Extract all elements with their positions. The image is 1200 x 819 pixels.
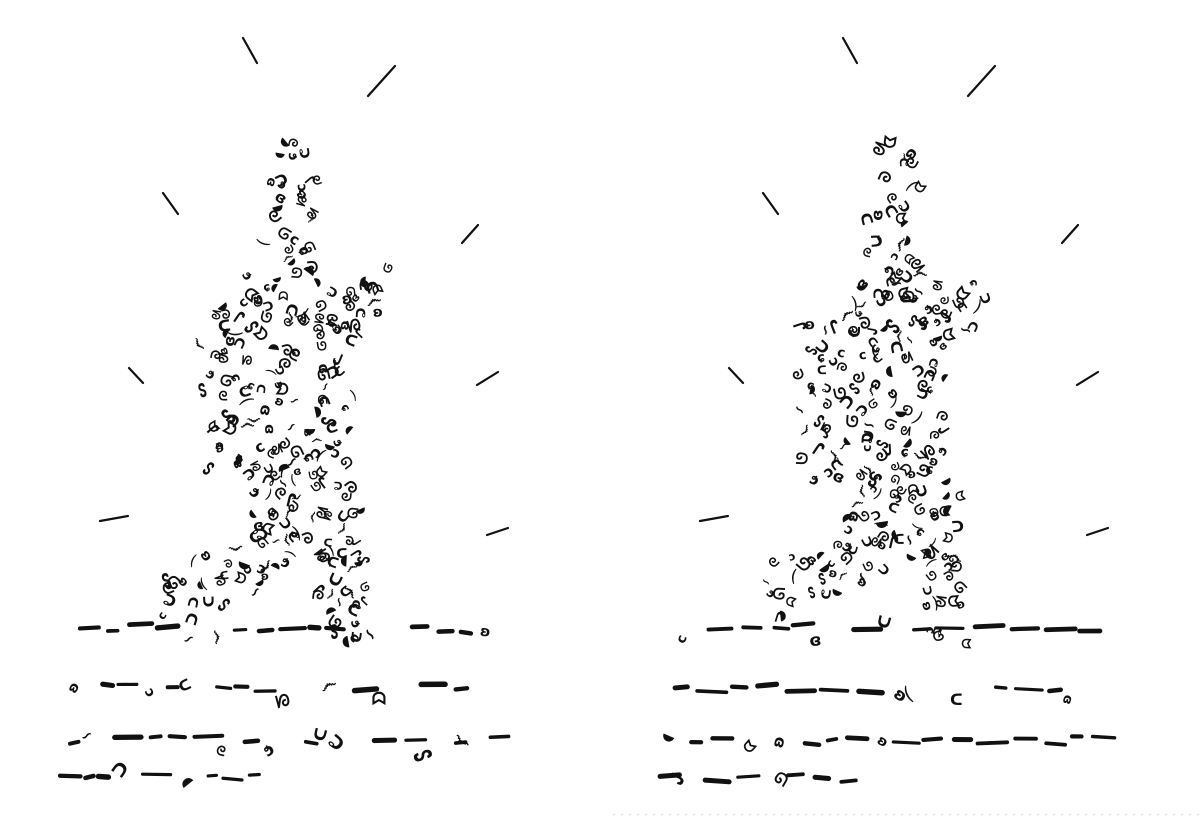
svg-text:ɕ: ɕ [238,269,256,283]
svg-text:ᑐ: ᑐ [950,689,963,708]
svg-text:ɕ: ɕ [301,244,309,259]
svg-text:ᘎ: ᘎ [793,451,811,465]
svg-text:ʚ: ʚ [768,735,789,750]
svg-text:◖: ◖ [657,731,677,745]
svg-text:ɕ: ɕ [202,366,218,383]
svg-text:ɕ: ɕ [338,401,354,413]
svg-text:ᘎ: ᘎ [845,413,859,432]
svg-text:◖: ◖ [892,410,909,418]
svg-text:∽: ∽ [287,392,302,409]
svg-text:◗: ◗ [884,363,895,381]
svg-text:ᘏ: ᘏ [259,307,275,326]
svg-text:◗: ◗ [311,274,323,289]
svg-text:ᑐ: ᑐ [951,517,965,536]
svg-text:ᕦ: ᕦ [298,146,315,159]
svg-text:ᗢ: ᗢ [278,288,289,303]
svg-text:ᘐ: ᘐ [835,361,852,373]
svg-text:෴: ෴ [209,629,229,646]
svg-text:∽: ∽ [179,629,197,649]
svg-text:ᘐ: ᘐ [337,492,353,502]
svg-text:ᘓ: ᘓ [766,555,783,572]
artwork-canvas: ∽෴ᑐ∽ʚʚɔᑕᘛ෴ᗢ∽ᘐɕᑕᕦᔕ෴ᑐ◖ ◖ᘐ◖ɕᕦᑕᓚʚɕɔᘓɞᘛɞ◖෴ᘓᘎᘛ… [0,0,1200,819]
left-stairs: ∽෴ᑐ∽ʚʚɔᑕᘛ෴ᗢ∽ᘐɕᑕᕦᔕ෴ᑐ◖ [60,623,509,790]
svg-text:ᘓ: ᘓ [790,366,809,382]
svg-text:ᘓ: ᘓ [874,168,896,185]
svg-text:ᗢ: ᗢ [959,638,973,649]
svg-text:ᑕ: ᑕ [817,363,827,377]
svg-text:ᔕ: ᔕ [356,551,371,566]
svg-text:ᘐ: ᘐ [861,244,873,260]
svg-text:ᗢ: ᗢ [372,688,386,708]
svg-text:ᘎ: ᘎ [290,266,307,279]
svg-text:ᔕ: ᔕ [410,744,435,769]
svg-text:ʚ: ʚ [64,680,83,697]
right-panel: ɔʚᑕʚ⌒ᑐɞ◖ᗢʚʚᓚᘏ ᗢɞᘛᕦ෴ᘓᘓᗢᘐ⌒ᑕᗢᕦᑐɞ◖∽ᑕ◖ᘐ෴ᗢɕɔᘛᕦ… [657,38,1114,794]
svg-text:◖: ◖ [342,421,356,436]
svg-text:ᘓ: ᘓ [820,395,834,412]
svg-text:ᔕ: ᔕ [192,381,211,400]
svg-text:ɞ: ɞ [804,317,815,334]
svg-text:ʚ: ʚ [479,623,492,640]
svg-text:ᘐ: ᘐ [286,137,301,149]
svg-text:ᘐ: ᘐ [937,296,951,306]
svg-text:⌒: ⌒ [901,677,929,704]
svg-text:ʚ: ʚ [874,732,891,751]
svg-text:ᑐ: ᑐ [108,758,134,782]
svg-text:ɔ: ɔ [155,610,171,624]
svg-text:ᔕ: ᔕ [803,585,819,601]
svg-text:◖: ◖ [252,578,267,590]
svg-text:ʚ: ʚ [213,440,227,456]
svg-text:෴: ෴ [187,334,209,355]
bottom-dotted-border [610,813,1200,816]
svg-text:෴: ෴ [239,414,255,432]
svg-text:∽: ∽ [281,417,300,435]
svg-text:ᘛ: ᘛ [900,424,912,439]
svg-text:ᑕ: ᑕ [176,676,194,697]
svg-text:ᕦ: ᕦ [333,479,342,492]
svg-text:ᑐ: ᑐ [254,383,269,394]
svg-text:ᓚ: ᓚ [879,443,896,457]
svg-text:∽: ∽ [790,400,809,420]
svg-text:ɞ: ɞ [868,209,887,221]
svg-text:෴: ෴ [448,729,473,755]
svg-text:ᕦ: ᕦ [845,544,861,556]
svg-text:ᑕ: ᑕ [893,532,904,548]
svg-text:ᘎ: ᘎ [381,260,395,276]
svg-text:ᕦ: ᕦ [820,380,834,396]
svg-text:ʚ: ʚ [808,632,823,653]
left-panel: ∽෴ᑐ∽ʚʚɔᑕᘛ෴ᗢ∽ᘐɕᑕᕦᔕ෴ᑐ◖ ◖ᘐ◖ɕᕦᑕᓚʚɕɔᘓɞᘛɞ◖෴ᘓᘎᘛ… [60,38,509,790]
svg-text:ᑕ: ᑕ [310,726,332,743]
svg-text:◖: ◖ [178,772,198,791]
svg-text:෴: ෴ [315,671,339,696]
svg-text:ɕ: ɕ [967,279,981,287]
svg-text:ʚ: ʚ [954,596,967,612]
svg-text:ɕ: ɕ [806,471,822,491]
svg-text:∽: ∽ [817,323,834,336]
svg-text:ᘐ: ᘐ [276,357,294,369]
svg-text:ᘛ: ᘛ [242,352,253,367]
svg-text:ɔ: ɔ [141,685,159,700]
svg-text:ᘓ: ᘓ [218,389,227,404]
svg-text:ɔ: ɔ [858,348,868,364]
svg-text:∽: ∽ [957,320,974,340]
svg-text:ɔ: ɔ [674,633,691,646]
svg-text:ᑕ: ᑕ [202,595,218,607]
svg-text:⌒: ⌒ [255,226,276,249]
left-figure: ◖ᘐ◖ɕᕦᑕᓚʚɕɔᘓɞᘛɞ◖෴ᘓᘎᘛ⌒ɔᘎᘐɕɕ෴◖◖ᘐɕ◗ᘎᗢɕ◗ᗢ◗ᕦᘐɞ… [155,134,394,652]
svg-text:ᘐ: ᘐ [215,741,227,758]
right-stairs: ɔʚᑕʚ⌒ᑐɞ◖ᗢʚʚᓚᘏ [657,613,1114,793]
svg-text:෴: ෴ [311,432,324,446]
svg-text:ɞ: ɞ [1059,693,1076,707]
svg-text:෴: ෴ [912,263,927,282]
svg-text:ɕ: ɕ [347,619,363,630]
svg-text:ᘛ: ᘛ [314,505,332,520]
svg-text:∽: ∽ [78,726,97,746]
svg-text:෴: ෴ [863,383,879,397]
svg-text:◖: ◖ [938,369,951,384]
svg-text:ᑕ: ᑕ [342,330,360,351]
svg-text:ʚ: ʚ [261,423,278,434]
svg-text:◗: ◗ [940,489,954,504]
svg-text:ɕ: ɕ [900,444,909,460]
svg-text:ᔕ: ᔕ [197,457,219,479]
svg-text:ᑕ: ᑕ [184,595,201,609]
svg-text:ᑕ: ᑕ [862,427,875,444]
svg-text:ᓚ: ᓚ [664,769,688,794]
svg-text:ᑕ: ᑕ [885,499,901,517]
svg-text:◗: ◗ [265,343,282,352]
svg-text:ᕦ: ᕦ [324,283,340,301]
svg-text:ᘛ: ᘛ [215,352,231,365]
svg-text:ɕ: ɕ [260,740,279,762]
svg-text:ᗢ: ᗢ [739,737,759,757]
svg-text:ɞ: ɞ [372,305,383,321]
svg-text:ᘛ: ᘛ [930,280,945,292]
svg-text:ᘛ: ᘛ [273,689,291,711]
svg-text:◖: ◖ [938,475,955,488]
svg-text:ᘎ: ᘎ [316,339,328,354]
svg-text:ᑕ: ᑕ [181,610,202,627]
svg-text:ᑐ: ᑐ [875,561,893,579]
right-figure: ᗢɞᘛᕦ෴ᘓᘓᗢᘐ⌒ᑕᗢᕦᑐɞ◖∽ᑕ◖ᘐ෴ᗢɕɔᘛᕦɞɞᗢ∽ʚᗢᑐ෴◖ᑕ∽ᘏᘛ෴… [759,132,994,649]
svg-text:◖: ◖ [902,551,919,564]
svg-text:ᘏ: ᘏ [771,767,792,790]
